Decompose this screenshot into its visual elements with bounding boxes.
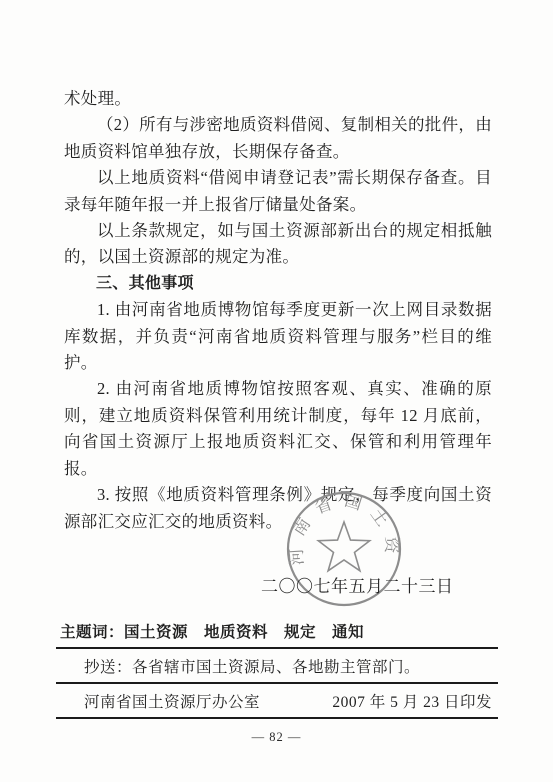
- print-date: 2007 年 5 月 23 日印发: [332, 690, 492, 712]
- list-item: 3. 按照《地质资料管理条例》规定，每季度向国土资源部汇交应汇交的地质资料。: [64, 482, 492, 535]
- document-page: 术处理。 （2）所有与涉密地质资料借阅、复制相关的批件，由地质资料馆单独存放，长…: [0, 0, 553, 782]
- issuing-office: 河南省国土资源厅办公室: [84, 690, 260, 712]
- star-icon: [318, 522, 369, 571]
- page-number: — 82 —: [0, 730, 553, 745]
- subject-terms: 国土资源 地质资料 规定 通知: [124, 624, 364, 641]
- seal-text: 河南省国土资源厅: [286, 491, 401, 566]
- paragraph: 术处理。: [64, 86, 492, 112]
- list-item: 1. 由河南省地质博物馆每季度更新一次上网目录数据库数据，并负责“河南省地质资料…: [64, 297, 492, 376]
- paragraph: （2）所有与涉密地质资料借阅、复制相关的批件，由地质资料馆单独存放，长期保存备查…: [64, 112, 492, 165]
- list-item: 2. 由河南省地质博物馆按照客观、真实、准确的原则，建立地质资料保管利用统计制度…: [64, 376, 492, 482]
- document-body: 术处理。 （2）所有与涉密地质资料借阅、复制相关的批件，由地质资料馆单独存放，长…: [64, 86, 492, 535]
- signature-date: 二〇〇七年五月二十三日: [261, 572, 454, 597]
- subject-row: 主题词：国土资源 地质资料 规定 通知: [56, 618, 498, 649]
- cc-row: 抄送：各省辖市国土资源局、各地勘主管部门。: [56, 649, 498, 684]
- paragraph: 以上条款规定，如与国土资源部新出台的规定相抵触的，以国土资源部的规定为准。: [64, 218, 492, 271]
- section-heading: 三、其他事项: [64, 271, 492, 297]
- issue-row: 河南省国土资源厅办公室 2007 年 5 月 23 日印发: [56, 684, 498, 719]
- subject-label: 主题词：: [60, 624, 124, 641]
- document-footer: 主题词：国土资源 地质资料 规定 通知 抄送：各省辖市国土资源局、各地勘主管部门…: [56, 618, 498, 719]
- paragraph: 以上地质资料“借阅申请登记表”需长期保存备查。目录每年随年报一并上报省厅储量处备…: [64, 165, 492, 218]
